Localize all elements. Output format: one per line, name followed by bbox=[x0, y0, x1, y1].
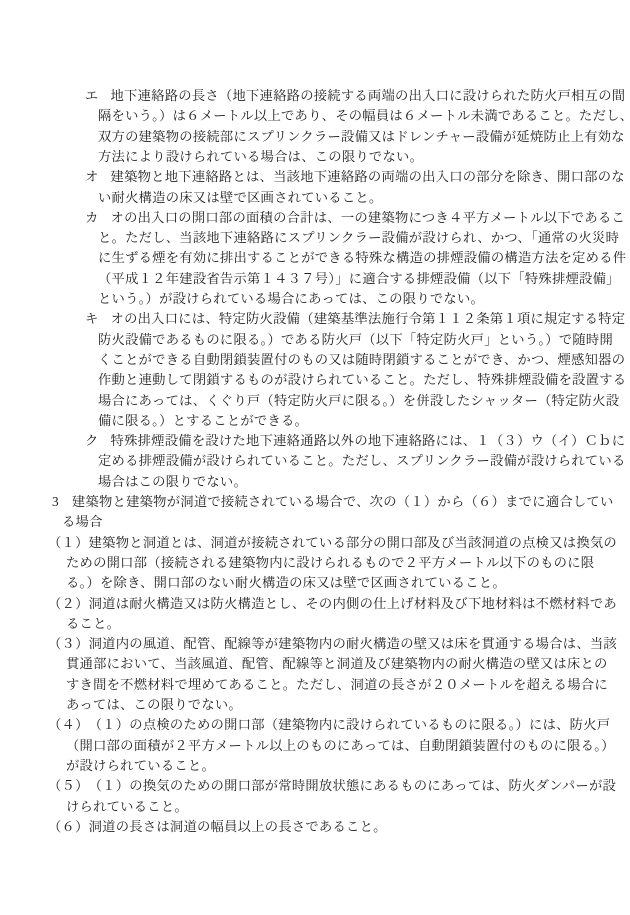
line-text: （開口部の面積が２平方メートル以上のものにあっては、自動閉鎖装置付のものに限る。… bbox=[66, 738, 615, 753]
text-line: ための開口部（接続される建築物内に設けられるもので２平方メートル以下のものに限 bbox=[66, 554, 594, 571]
line-text: 建築物と建築物が洞道で接続されている場合で、次の（１）から（６）までに適合してい bbox=[72, 494, 614, 509]
line-text: 洞道内の風道、配管、配線等が建築物内の耐火構造の壁又は床を貫通する場合は、当該 bbox=[89, 636, 617, 651]
line-text: と。ただし、当該地下連絡路にスプリンクラー設備が設けられ、かつ、「通常の火災時 bbox=[98, 230, 619, 245]
line-text: 備に限る。）とすることができる。 bbox=[98, 413, 308, 428]
line-text: （平成１２年建設省告示第１４３７号）」に適合する排煙設備（以下「特殊排煙設備」 bbox=[98, 271, 620, 286]
line-text: 地下連絡路の長さ（地下連絡路の接続する両端の出入口に設けられた防火戸相互の間 bbox=[111, 88, 626, 103]
list-item-label: （１） bbox=[48, 534, 89, 551]
document-page: エ地下連絡路の長さ（地下連絡路の接続する両端の出入口に設けられた防火戸相互の間隔… bbox=[0, 0, 630, 915]
list-item-line: （３）洞道内の風道、配管、配線等が建築物内の耐火構造の壁又は床を貫通する場合は、… bbox=[48, 635, 617, 652]
text-line: あっては、この限りでない。 bbox=[66, 696, 242, 713]
list-item-line: （４）（１）の点検のための開口部（建築物内に設けられているものに限る。）には、防… bbox=[48, 716, 610, 733]
text-line: 貫通部において、当該風道、配管、配線等と洞道及び建築物内の耐火構造の壁又は床との bbox=[66, 655, 608, 672]
line-text: る。）を除き、開口部のない耐火構造の床又は壁で区画されていること。 bbox=[66, 575, 506, 590]
line-text: オの出入口の開口部の面積の合計は、一の建築物につき４平方メートル以下であるこ bbox=[111, 210, 626, 225]
list-item-line: （６）洞道の長さは洞道の幅員以上の長さであること。 bbox=[48, 818, 387, 835]
line-text: 隔をいう。）は６メートル以上であり、その幅員は６メートル未満であること。ただし、 bbox=[98, 108, 630, 123]
line-text: （１）の点検のための開口部（建築物内に設けられているものに限る。）には、防火戸 bbox=[89, 717, 611, 732]
line-text: けられていること。 bbox=[66, 799, 188, 814]
text-line: 作動と連動して閉鎖するものが設けられていること。ただし、特殊排煙設備を設置する bbox=[98, 371, 626, 388]
line-text: に生ずる煙を有効に排出することができる特殊な構造の排煙設備の構造方法を定める件 bbox=[98, 250, 626, 265]
line-text: 防火設備であるものに限る。）である防火戸（以下「特定防火戸」という。）で随時開 bbox=[98, 332, 613, 347]
list-item-line: （５）（１）の換気のための開口部が常時開放状態にあるものにあっては、防火ダンパー… bbox=[48, 777, 616, 794]
list-item-line: （１）建築物と洞道とは、洞道が接続されている部分の開口部及び当該洞道の点検又は換… bbox=[48, 534, 617, 551]
line-text: すき間を不燃材料で埋めてあること。ただし、洞道の長さが２０メートルを超える場合に bbox=[66, 677, 608, 692]
text-line: い耐火構造の床又は壁で区画されていること。 bbox=[98, 189, 382, 206]
text-line: くことができる自動閉鎖装置付のもの又は随時閉鎖することができ、かつ、煙感知器の bbox=[98, 351, 625, 368]
text-line: 双方の建築物の接続部にスプリンクラー設備又はドレンチャー設備が延焼防止上有効な bbox=[98, 128, 625, 145]
line-text: い耐火構造の床又は壁で区画されていること。 bbox=[98, 190, 382, 205]
list-item-label: 3 bbox=[52, 493, 59, 510]
list-item-label: （４） bbox=[48, 716, 89, 733]
line-text: 場合はこの限りでない。 bbox=[98, 474, 247, 489]
line-text: 定める排煙設備が設けられていること。ただし、スプリンクラー設備が設けられている bbox=[98, 453, 626, 468]
text-line: る。）を除き、開口部のない耐火構造の床又は壁で区画されていること。 bbox=[66, 574, 506, 591]
line-text: あっては、この限りでない。 bbox=[66, 697, 242, 712]
line-text: 特殊排煙設備を設けた地下連絡通路以外の地下連絡路には、１（３）ウ（イ）Ｃｂに bbox=[111, 433, 626, 448]
text-line: けられていること。 bbox=[66, 798, 188, 815]
text-line: （平成１２年建設省告示第１４３７号）」に適合する排煙設備（以下「特殊排煙設備」 bbox=[98, 270, 620, 287]
text-line: と。ただし、当該地下連絡路にスプリンクラー設備が設けられ、かつ、「通常の火災時 bbox=[98, 229, 619, 246]
line-text: という。）が設けられている場合にあっては、この限りでない。 bbox=[98, 291, 484, 306]
list-item-label: （２） bbox=[48, 595, 89, 612]
line-text: 建築物と洞道とは、洞道が接続されている部分の開口部及び当該洞道の点検又は換気の bbox=[89, 535, 617, 550]
line-text: 方法により設けられている場合は、この限りでない。 bbox=[98, 149, 423, 164]
line-text: 場合にあっては、くぐり戸（特定防火戸に限る。）を併設したシャッター（特定防火設 bbox=[98, 393, 619, 408]
list-item-line: キオの出入口には、特定防火設備（建築基準法施行令第１１２条第１項に規定する特定 bbox=[85, 310, 625, 327]
line-text: る場合 bbox=[62, 514, 103, 529]
text-line: ること。 bbox=[66, 615, 120, 632]
text-line: 場合にあっては、くぐり戸（特定防火戸に限る。）を併設したシャッター（特定防火設 bbox=[98, 392, 619, 409]
line-text: 洞道の長さは洞道の幅員以上の長さであること。 bbox=[89, 819, 387, 834]
list-item-line: 3建築物と建築物が洞道で接続されている場合で、次の（１）から（６）までに適合して… bbox=[52, 493, 614, 510]
text-line: 定める排煙設備が設けられていること。ただし、スプリンクラー設備が設けられている bbox=[98, 452, 626, 469]
text-line: 場合はこの限りでない。 bbox=[98, 473, 247, 490]
line-text: 作動と連動して閉鎖するものが設けられていること。ただし、特殊排煙設備を設置する bbox=[98, 372, 626, 387]
line-text: ること。 bbox=[66, 616, 120, 631]
text-line: 隔をいう。）は６メートル以上であり、その幅員は６メートル未満であること。ただし、 bbox=[98, 107, 630, 124]
text-line: すき間を不燃材料で埋めてあること。ただし、洞道の長さが２０メートルを超える場合に bbox=[66, 676, 608, 693]
text-line: る場合 bbox=[62, 513, 103, 530]
list-item-line: ク特殊排煙設備を設けた地下連絡通路以外の地下連絡路には、１（３）ウ（イ）Ｃｂに bbox=[85, 432, 625, 449]
text-line: という。）が設けられている場合にあっては、この限りでない。 bbox=[98, 290, 484, 307]
line-text: くことができる自動閉鎖装置付のもの又は随時閉鎖することができ、かつ、煙感知器の bbox=[98, 352, 625, 367]
text-line: に生ずる煙を有効に排出することができる特殊な構造の排煙設備の構造方法を定める件 bbox=[98, 249, 626, 266]
list-item-label: キ bbox=[85, 310, 99, 327]
list-item-label: （３） bbox=[48, 635, 89, 652]
line-text: ための開口部（接続される建築物内に設けられるもので２平方メートル以下のものに限 bbox=[66, 555, 594, 570]
line-text: （１）の換気のための開口部が常時開放状態にあるものにあっては、防火ダンパーが設 bbox=[89, 778, 616, 793]
list-item-label: オ bbox=[85, 168, 99, 185]
text-line: 防火設備であるものに限る。）である防火戸（以下「特定防火戸」という。）で随時開 bbox=[98, 331, 613, 348]
list-item-line: カオの出入口の開口部の面積の合計は、一の建築物につき４平方メートル以下であるこ bbox=[85, 209, 625, 226]
list-item-line: （２）洞道は耐火構造又は防火構造とし、その内側の仕上げ材料及び下地材料は不燃材料… bbox=[48, 595, 617, 612]
list-item-line: オ建築物と地下連絡路とは、当該地下連絡路の両端の出入口の部分を除き、開口部のな bbox=[85, 168, 625, 185]
list-item-label: ク bbox=[85, 432, 99, 449]
line-text: 双方の建築物の接続部にスプリンクラー設備又はドレンチャー設備が延焼防止上有効な bbox=[98, 129, 625, 144]
text-line: 方法により設けられている場合は、この限りでない。 bbox=[98, 148, 423, 165]
text-line: 備に限る。）とすることができる。 bbox=[98, 412, 308, 429]
list-item-label: （５） bbox=[48, 777, 89, 794]
text-line: （開口部の面積が２平方メートル以上のものにあっては、自動閉鎖装置付のものに限る。… bbox=[66, 737, 615, 754]
list-item-line: エ地下連絡路の長さ（地下連絡路の接続する両端の出入口に設けられた防火戸相互の間 bbox=[85, 87, 625, 104]
text-line: が設けられていること。 bbox=[66, 757, 215, 774]
line-text: 洞道は耐火構造又は防火構造とし、その内側の仕上げ材料及び下地材料は不燃材料であ bbox=[89, 596, 617, 611]
list-item-label: （６） bbox=[48, 818, 89, 835]
line-text: 建築物と地下連絡路とは、当該地下連絡路の両端の出入口の部分を除き、開口部のな bbox=[111, 169, 625, 184]
line-text: オの出入口には、特定防火設備（建築基準法施行令第１１２条第１項に規定する特定 bbox=[111, 311, 626, 326]
list-item-label: エ bbox=[85, 87, 99, 104]
line-text: が設けられていること。 bbox=[66, 758, 215, 773]
list-item-label: カ bbox=[85, 209, 99, 226]
line-text: 貫通部において、当該風道、配管、配線等と洞道及び建築物内の耐火構造の壁又は床との bbox=[66, 656, 608, 671]
